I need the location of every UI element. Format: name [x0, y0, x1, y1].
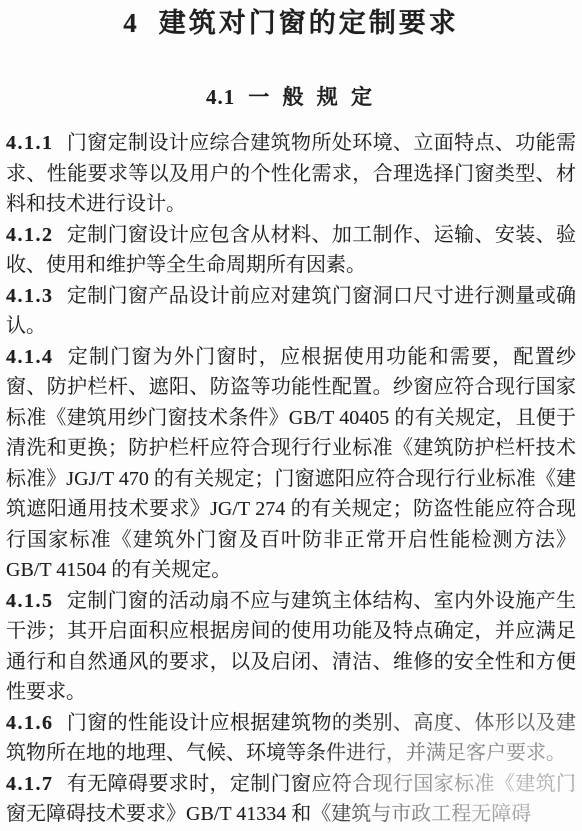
section-title: 一 般 规 定 [248, 85, 376, 110]
clause-number: 4.1.6 [6, 712, 54, 734]
clause: 4.1.1门窗定制设计应综合建筑物所处环境、立面特点、功能需求、性能要求等以及用… [6, 128, 576, 220]
chapter-heading: 4 建筑对门窗的定制要求 [0, 0, 582, 40]
clause: 4.1.4定制门窗为外门窗时，应根据使用功能和需要，配置纱窗、防护栏杆、遮阳、防… [6, 342, 576, 586]
clause-number: 4.1.4 [6, 346, 54, 368]
section-heading: 4.1 一 般 规 定 [0, 85, 582, 110]
clause-text: 定制门窗产品设计前应对建筑门窗洞口尺寸进行测量或确认。 [6, 285, 576, 338]
chapter-title: 建筑对门窗的定制要求 [159, 7, 459, 40]
clause-text: 门窗定制设计应综合建筑物所处环境、立面特点、功能需求、性能要求等以及用户的个性化… [6, 132, 576, 215]
clause: 4.1.2定制门窗设计应包含从材料、加工制作、运输、安装、验收、使用和维护等全生… [6, 220, 576, 281]
clause-text: 门窗的性能设计应根据建筑物的类别、高度、体形以及建筑物所在地的地理、气候、环境等… [6, 712, 576, 765]
document-page: 4 建筑对门窗的定制要求 4.1 一 般 规 定 4.1.1门窗定制设计应综合建… [0, 0, 582, 831]
clause-number: 4.1.7 [6, 773, 54, 795]
clause-list: 4.1.1门窗定制设计应综合建筑物所处环境、立面特点、功能需求、性能要求等以及用… [0, 128, 582, 830]
clause-text: 有无障碍要求时，定制门窗应符合现行国家标准《建筑门窗无障碍技术要求》GB/T 4… [6, 773, 576, 826]
clause: 4.1.3定制门窗产品设计前应对建筑门窗洞口尺寸进行测量或确认。 [6, 281, 576, 342]
clause: 4.1.6门窗的性能设计应根据建筑物的类别、高度、体形以及建筑物所在地的地理、气… [6, 708, 576, 769]
clause: 4.1.7有无障碍要求时，定制门窗应符合现行国家标准《建筑门窗无障碍技术要求》G… [6, 769, 576, 830]
clause-number: 4.1.3 [6, 285, 54, 307]
clause-number: 4.1.1 [6, 132, 54, 154]
clause-text: 定制门窗的活动扇不应与建筑主体结构、室内外设施产生干涉；其开启面积应根据房间的使… [6, 590, 576, 704]
clause-number: 4.1.5 [6, 590, 54, 612]
clause-number: 4.1.2 [6, 224, 54, 246]
section-number: 4.1 [206, 85, 235, 110]
clause: 4.1.5定制门窗的活动扇不应与建筑主体结构、室内外设施产生干涉；其开启面积应根… [6, 586, 576, 708]
clause-text: 定制门窗设计应包含从材料、加工制作、运输、安装、验收、使用和维护等全生命周期所有… [6, 224, 576, 277]
clause-text: 定制门窗为外门窗时，应根据使用功能和需要，配置纱窗、防护栏杆、遮阳、防盗等功能性… [6, 346, 576, 582]
chapter-number: 4 [123, 7, 137, 40]
